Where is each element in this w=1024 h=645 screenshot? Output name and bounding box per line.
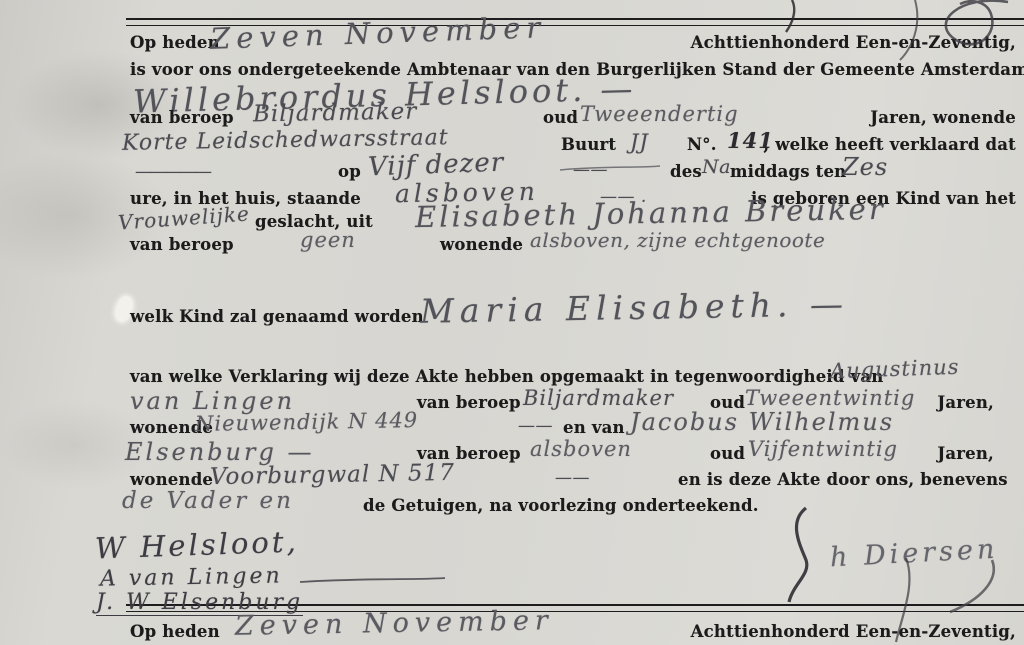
- hw-declarant-beroep: Biljardmaker: [253, 99, 418, 128]
- printed-jaren-wonende: Jaren, wonende: [870, 108, 1016, 127]
- printed-closing-1: en is deze Akte door ons, benevens: [678, 470, 1008, 489]
- printed-des: des: [670, 162, 702, 181]
- printed-no-label: N°.: [687, 135, 717, 154]
- printed-witness-intro: van welke Verklaring wij deze Akte hebbe…: [130, 367, 883, 386]
- printed-w2-oud: oud: [710, 444, 745, 463]
- hw-fill-dash: —————: [135, 162, 210, 182]
- hw-fill-dash: ——: [555, 468, 590, 488]
- hw-buurt-code: JJ: [630, 130, 649, 154]
- hw-fill-dash: ——: [573, 160, 608, 180]
- printed-next-year: Achttienhonderd Een-en-Zeventig,: [691, 622, 1016, 641]
- printed-w2-wonende: wonende: [130, 470, 213, 489]
- printed-w1-jaren: Jaren,: [937, 393, 994, 412]
- printed-buurt: Buurt: [561, 135, 616, 154]
- signature-registrar: h Diersen: [829, 534, 999, 574]
- printed-van-beroep-mother: van beroep: [130, 235, 234, 254]
- printed-w1-beroep-label: van beroep: [417, 393, 521, 412]
- hw-witness2-beroep: alsboven: [530, 437, 632, 461]
- printed-op: op: [338, 162, 361, 181]
- hw-de-vader-en: de Vader en: [122, 488, 294, 514]
- hw-mother-wonende: alsboven, zijne echtgenoote: [530, 228, 825, 252]
- printed-van-beroep: van beroep: [130, 108, 234, 127]
- hw-next-act-date: Zeven November: [235, 605, 554, 642]
- printed-en-van: en van: [563, 418, 625, 437]
- hw-witness1-age: Tweeentwintig: [745, 386, 915, 410]
- hw-child-name: Maria Elisabeth. —: [420, 284, 850, 330]
- hw-witness1-beroep: Biljardmaker: [523, 386, 674, 410]
- printed-closing-2: de Getuigen, na voorlezing onderteekend.: [363, 496, 759, 515]
- birth-record-scan: Op heden Zeven November Achttienhonderd …: [0, 0, 1024, 645]
- hw-witness2-age: Vijfentwintig: [748, 437, 898, 461]
- printed-op-heden: Op heden: [130, 33, 220, 52]
- printed-next-op-heden: Op heden: [130, 622, 220, 641]
- hw-dagdeel: Na: [702, 156, 731, 178]
- hw-witness1-address: Nieuwendijk N 449: [195, 408, 419, 436]
- printed-oud: oud: [543, 108, 578, 127]
- signature-father: W Helsloot,: [94, 524, 299, 565]
- printed-kind-genaamd: welk Kind zal genaamd worden: [130, 307, 424, 326]
- printed-wonende-mother: wonende: [440, 235, 523, 254]
- hw-mother-beroep: geen: [300, 228, 356, 252]
- hw-witness2-first: Jacobus Wilhelmus: [630, 408, 894, 436]
- hw-fill-dash: ——: [518, 416, 553, 436]
- hw-witness1-first: Augustinus: [830, 355, 960, 384]
- printed-verklaard: , welke heeft verklaard dat: [763, 135, 1016, 154]
- signature-witness1: A van Lingen: [100, 563, 283, 591]
- hw-declarant-age: Tweeendertig: [580, 102, 739, 126]
- printed-year: Achttienhonderd Een-en-Zeventig,: [691, 33, 1016, 52]
- printed-w2-jaren: Jaren,: [937, 444, 994, 463]
- hw-witness2-address: Voorburgwal N 517: [210, 460, 455, 490]
- printed-middags-ten: middags ten: [730, 162, 846, 181]
- hw-act-date: Zeven November: [210, 10, 547, 56]
- hw-birth-hour: Zes: [842, 153, 888, 181]
